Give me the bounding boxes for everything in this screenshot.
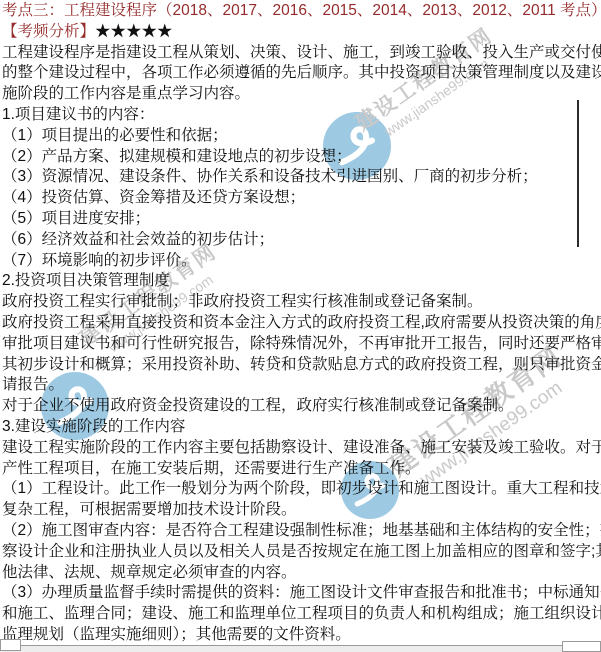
text-line: （5）项目进度安排； bbox=[2, 209, 580, 230]
body-text: 1.项目建议书的内容： bbox=[2, 106, 154, 123]
body-text: （6）经济效益和社会效益的初步估计； bbox=[2, 231, 274, 248]
table-handle-left bbox=[0, 639, 21, 651]
body-text: 审批项目建议书和可行性研究报告，除特殊情况外，不再审批开工报告，同时还要严格审批 bbox=[2, 335, 601, 352]
text-line: 3.建设实施阶段的工作内容 bbox=[2, 417, 580, 438]
body-text: （7）环境影响的初步评价。 bbox=[2, 252, 197, 269]
highlight-text: 考点三：工程建设程序（2018、2017、2016、2015、2014、2013… bbox=[2, 2, 601, 19]
body-text: 对于企业不使用政府资金投资建设的工程，政府实行核准制或登记备案制。 bbox=[2, 397, 514, 414]
body-text: （3）办理质量监督手续时需提供的资料：施工图设计文件审查报告和批准书；中标通知书 bbox=[2, 584, 601, 601]
body-text: 产性工程项目，在施工安装后期，还需要进行生产准备工作。 bbox=[2, 460, 421, 477]
body-text: （2）产品方案、拟建规模和建设地点的初步设想； bbox=[2, 148, 352, 165]
text-line: （2）产品方案、拟建规模和建设地点的初步设想； bbox=[2, 147, 580, 168]
body-text: （1）工程设计。此工作一般划分为两个阶段，即初步设计和施工图设计。重大工程和技术 bbox=[2, 480, 601, 497]
text-line: 【考频分析】★★★★★ bbox=[2, 22, 580, 43]
text-line: 其初步设计和概算；采用投资补助、转贷和贷款贴息方式的政府投资工程，则只审批资金申 bbox=[2, 355, 580, 376]
text-line: 监理规划（监理实施细则）；其他需要的文件资料。 bbox=[2, 625, 580, 646]
body-text: 其初步设计和概算；采用投资补助、转贷和贷款贴息方式的政府投资工程，则只审批资金申 bbox=[2, 356, 601, 373]
table-handle-right bbox=[562, 641, 601, 652]
text-line: 复杂工程，可根据需要增加技术设计阶段。 bbox=[2, 500, 580, 521]
highlight-text: 【考频分析】 bbox=[2, 23, 95, 40]
body-text: 政府投资工程实行审批制；非政府投资工程实行核准制或登记备案制。 bbox=[2, 293, 483, 310]
text-line: （3）办理质量监督手续时需提供的资料：施工图设计文件审查报告和批准书；中标通知书 bbox=[2, 583, 580, 604]
body-text: （1）项目提出的必要性和依据； bbox=[2, 127, 228, 144]
table-border-bottom bbox=[0, 645, 601, 652]
body-text: ★★★★★ bbox=[95, 23, 173, 40]
body-text: 2.投资项目决策管理制度 bbox=[2, 272, 170, 289]
body-text: 政府投资工程采用直接投资和资本金注入方式的政府投资工程,政府需要从投资决策的角度 bbox=[2, 314, 601, 331]
text-line: 察设计企业和注册执业人员以及相关人员是否按规定在施工图上加盖相应的图章和签字;其 bbox=[2, 542, 580, 563]
body-text: 的整个建设过程中，各项工作必须遵循的先后顺序。其中投资项目决策管理制度以及建设实 bbox=[2, 64, 601, 81]
text-line: 施阶段的工作内容是重点学习内容。 bbox=[2, 84, 580, 105]
text-line: 对于企业不使用政府资金投资建设的工程，政府实行核准制或登记备案制。 bbox=[2, 396, 580, 417]
text-line: 产性工程项目，在施工安装后期，还需要进行生产准备工作。 bbox=[2, 459, 580, 480]
body-text: 监理规划（监理实施细则）；其他需要的文件资料。 bbox=[2, 626, 351, 643]
text-line: 考点三：工程建设程序（2018、2017、2016、2015、2014、2013… bbox=[2, 1, 580, 22]
body-text: 施阶段的工作内容是重点学习内容。 bbox=[2, 85, 250, 102]
text-line: 工程建设程序是指建设工程从策划、决策、设计、施工，到竣工验收、投入生产或交付使用 bbox=[2, 43, 580, 64]
text-line: 和施工、监理合同；建设、施工和监理单位工程项目的负责人和机构组成；施工组织设计和 bbox=[2, 604, 580, 625]
body-text: 请报告。 bbox=[2, 376, 64, 393]
body-text: （2）施工图审查内容：是否符合工程建设强制性标准；地基基础和主体结构的安全性；勘 bbox=[2, 522, 601, 539]
text-line: 建设工程实施阶段的工作内容主要包括勘察设计、建设准备、施工安装及竣工验收。对于生 bbox=[2, 438, 580, 459]
text-line: 请报告。 bbox=[2, 375, 580, 396]
body-text: （5）项目进度安排； bbox=[2, 210, 150, 227]
text-line: （6）经济效益和社会效益的初步估计； bbox=[2, 230, 580, 251]
body-text: 3.建设实施阶段的工作内容 bbox=[2, 418, 185, 435]
text-line: （1）工程设计。此工作一般划分为两个阶段，即初步设计和施工图设计。重大工程和技术 bbox=[2, 479, 580, 500]
body-text: （4）投资估算、资金筹措及还贷方案设想； bbox=[2, 189, 305, 206]
text-line: 政府投资工程实行审批制；非政府投资工程实行核准制或登记备案制。 bbox=[2, 292, 580, 313]
text-line: 他法律、法规、规章规定必须审查的内容。 bbox=[2, 563, 580, 584]
document-text: 考点三：工程建设程序（2018、2017、2016、2015、2014、2013… bbox=[2, 1, 580, 646]
body-text: 复杂工程，可根据需要增加技术设计阶段。 bbox=[2, 501, 297, 518]
body-text: 工程建设程序是指建设工程从策划、决策、设计、施工，到竣工验收、投入生产或交付使用 bbox=[2, 44, 601, 61]
text-line: 1.项目建议书的内容： bbox=[2, 105, 580, 126]
body-text: 察设计企业和注册执业人员以及相关人员是否按规定在施工图上加盖相应的图章和签字;其 bbox=[2, 543, 601, 560]
body-text: （3）资源情况、建设条件、协作关系和设备技术引进国别、厂商的初步分析； bbox=[2, 168, 538, 185]
text-line: 的整个建设过程中，各项工作必须遵循的先后顺序。其中投资项目决策管理制度以及建设实 bbox=[2, 63, 580, 84]
body-text: 建设工程实施阶段的工作内容主要包括勘察设计、建设准备、施工安装及竣工验收。对于生 bbox=[2, 439, 601, 456]
text-line: （4）投资估算、资金筹措及还贷方案设想； bbox=[2, 188, 580, 209]
text-line: （7）环境影响的初步评价。 bbox=[2, 251, 580, 272]
text-line: 审批项目建议书和可行性研究报告，除特殊情况外，不再审批开工报告，同时还要严格审批 bbox=[2, 334, 580, 355]
text-line: （2）施工图审查内容：是否符合工程建设强制性标准；地基基础和主体结构的安全性；勘 bbox=[2, 521, 580, 542]
document-page: 建设工程教育网 www.jianshe99.com 建设工程教育网 www.ji… bbox=[0, 0, 601, 652]
body-text: 和施工、监理合同；建设、施工和监理单位工程项目的负责人和机构组成；施工组织设计和 bbox=[2, 605, 601, 622]
text-line: 政府投资工程采用直接投资和资本金注入方式的政府投资工程,政府需要从投资决策的角度 bbox=[2, 313, 580, 334]
text-line: 2.投资项目决策管理制度 bbox=[2, 271, 580, 292]
text-line: （1）项目提出的必要性和依据； bbox=[2, 126, 580, 147]
body-text: 他法律、法规、规章规定必须审查的内容。 bbox=[2, 564, 297, 581]
text-line: （3）资源情况、建设条件、协作关系和设备技术引进国别、厂商的初步分析； bbox=[2, 167, 580, 188]
